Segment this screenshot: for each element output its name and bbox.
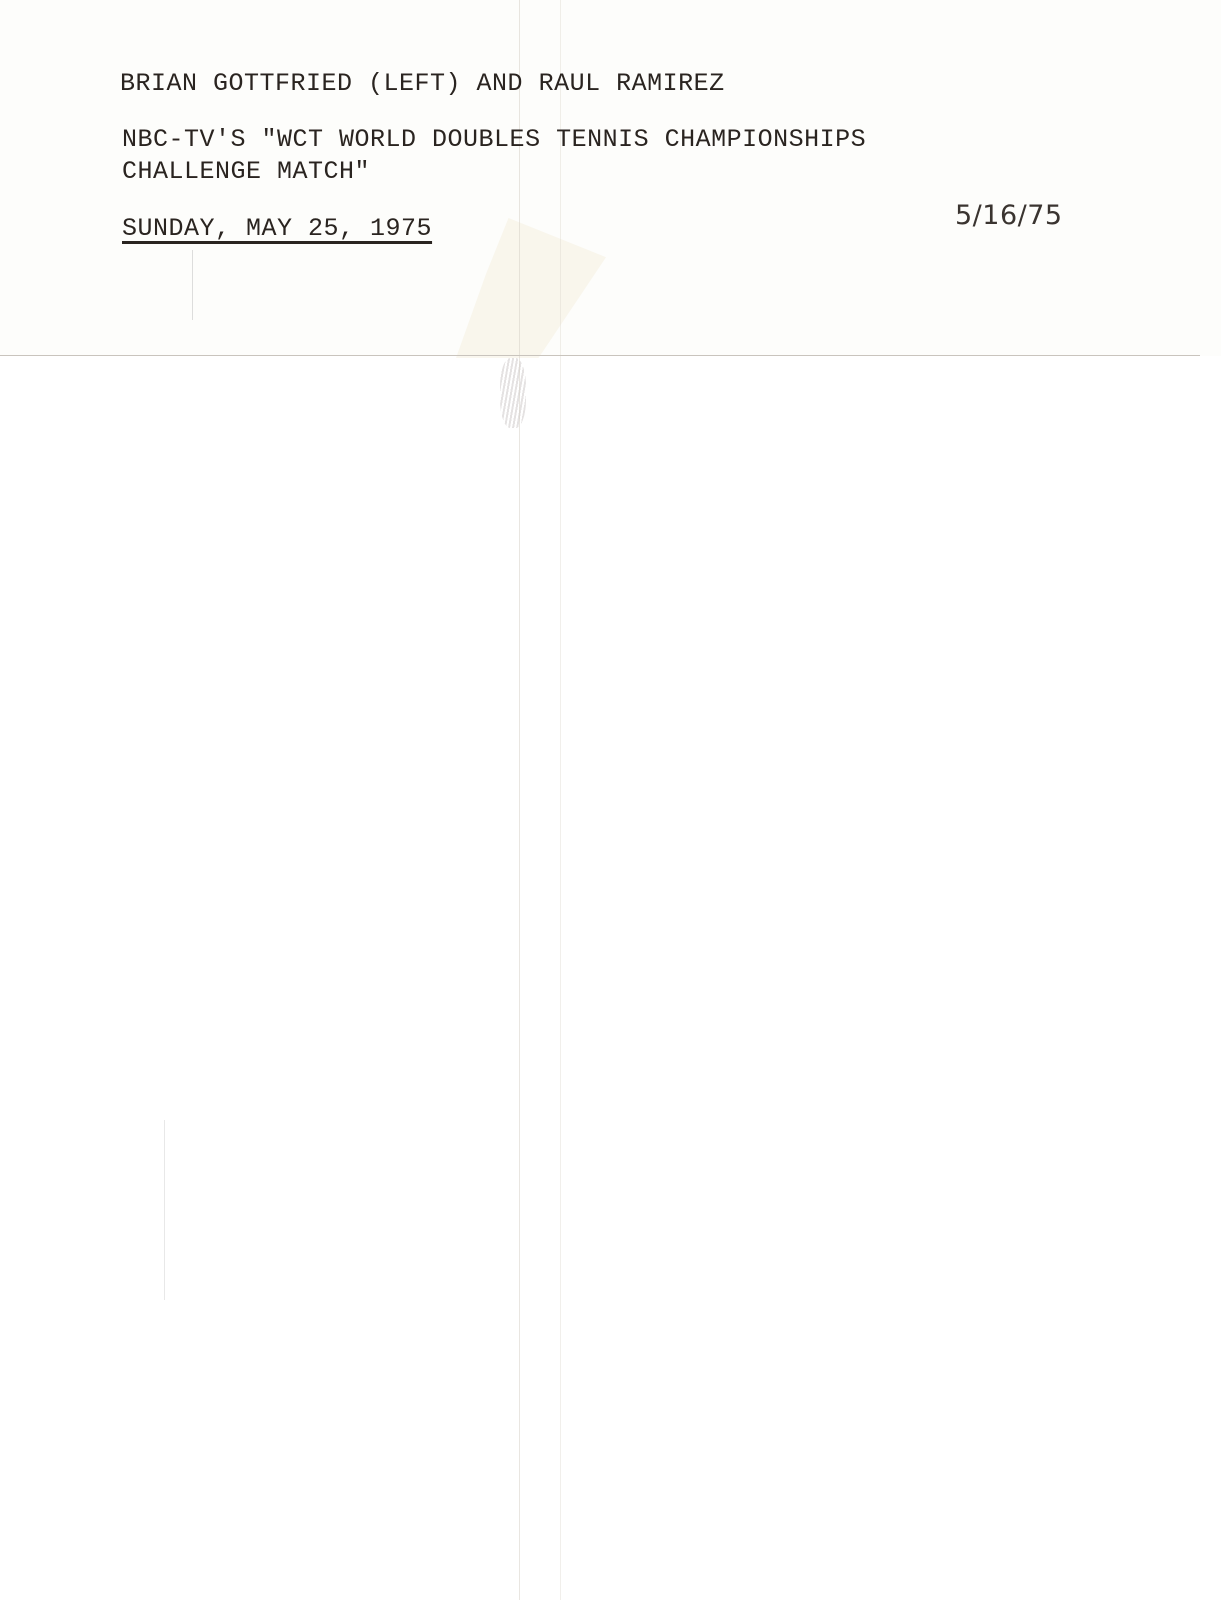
release-date: 5/16/75 (955, 200, 1063, 231)
caption-program-line-2: CHALLENGE MATCH" (122, 158, 370, 186)
vertical-crease (519, 0, 520, 1600)
caption-air-date: SUNDAY, MAY 25, 1975 (122, 215, 432, 243)
caption-program-line-1: NBC-TV'S "WCT WORLD DOUBLES TENNIS CHAMP… (122, 126, 866, 154)
smudge-mark (500, 358, 526, 428)
vertical-crease (164, 1120, 165, 1300)
fold-line (0, 355, 1200, 356)
caption-subjects: BRIAN GOTTFRIED (LEFT) AND RAUL RAMIREZ (120, 70, 725, 98)
vertical-crease (560, 0, 561, 1600)
vertical-crease (192, 250, 193, 320)
